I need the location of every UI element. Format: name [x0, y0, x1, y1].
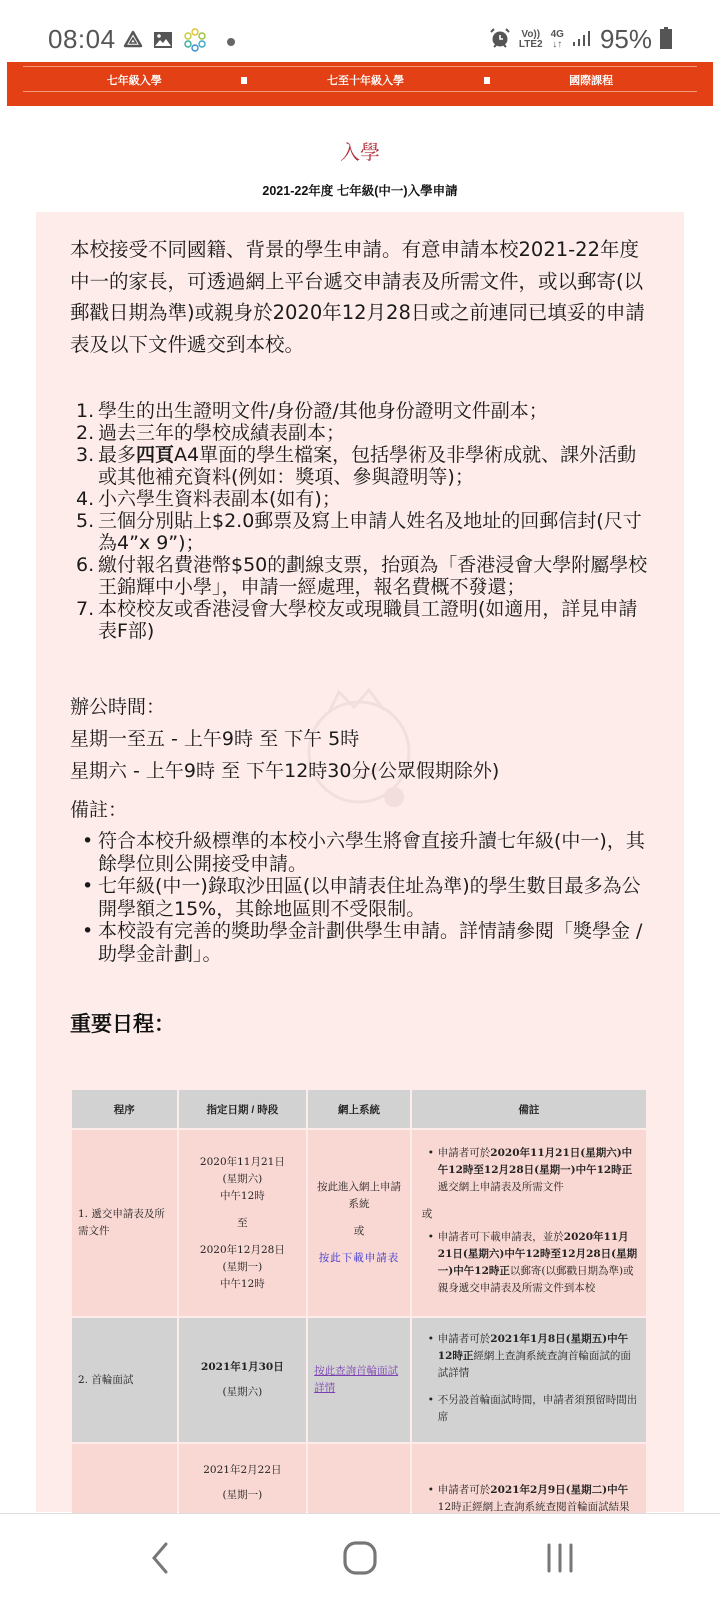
drive-icon	[123, 30, 143, 54]
status-time: 08:04	[48, 24, 116, 55]
alarm-icon	[489, 27, 511, 53]
table-header-row: 程序 指定日期 / 時段 網上系統 備註	[72, 1090, 646, 1128]
office-hours-label: 辦公時間：	[70, 692, 165, 719]
status-bar: 08:04 Vo))	[0, 0, 720, 62]
document-item: 2.過去三年的學校成績表副本；	[76, 422, 651, 444]
status-right-icons: Vo)) LTE2 4G ↓↑ 95%	[489, 24, 672, 55]
note-item: 申請者可於2020年11月21日(星期六)中午12時至12月28日(星期一)中午…	[428, 1145, 640, 1196]
4g-data-icon: 4G ↓↑	[551, 30, 564, 50]
recents-button[interactable]	[540, 1542, 580, 1574]
nav-item-international[interactable]: 國際課程	[569, 72, 613, 88]
cell-step: 2. 首輪面試	[72, 1318, 177, 1442]
notification-dot-icon	[227, 38, 235, 46]
col-header-date: 指定日期 / 時段	[179, 1090, 307, 1128]
page-title: 入學	[0, 136, 720, 165]
online-application-link[interactable]: 按此進入網上申請系統	[314, 1179, 404, 1213]
battery-percent: 95%	[600, 24, 652, 55]
volte-lte2-icon: Vo)) LTE2	[519, 30, 543, 50]
remark-item: 符合本校升級標準的本校小六學生將會直接升讀七年級(中一)，其餘學位則公開接受申請…	[82, 830, 652, 875]
schedule-table: 程序 指定日期 / 時段 網上系統 備註 1. 遞交申請表及所需文件 2020年…	[70, 1088, 648, 1566]
download-form-link[interactable]: 按此下載申請表	[314, 1250, 404, 1267]
remarks-label: 備註：	[70, 795, 127, 822]
back-button[interactable]	[140, 1542, 180, 1574]
document-item: 7.本校校友或香港浸會大學校友或現職員工證明(如適用，詳見申請表F部)	[76, 598, 651, 642]
battery-icon	[660, 27, 672, 53]
office-hours-saturday: 星期六 - 上午9時 至 下午12時30分(公眾假期除外)	[70, 756, 499, 783]
note-item: 申請者可於2021年2月9日(星期二)中午12時正經網上查詢系統查閱首輪面試結果	[428, 1482, 640, 1516]
table-row: 1. 遞交申請表及所需文件 2020年11月21日 (星期六) 中午12時 至 …	[72, 1130, 646, 1316]
remarks-list: 符合本校升級標準的本校小六學生將會直接升讀七年級(中一)，其餘學位則公開接受申請…	[82, 830, 652, 965]
back-icon	[150, 1542, 170, 1574]
nav-row: 七年級入學 七至十年級入學 國際課程	[7, 72, 713, 88]
note-item: 不另設首輪面試時間，申請者須預留時間出席	[428, 1392, 640, 1426]
cell-date: 2021年1月30日 (星期六)	[179, 1318, 307, 1442]
nav-item-grade7[interactable]: 七年級入學	[107, 72, 162, 88]
document-item: 3.最多四頁A4單面的學生檔案，包括學術及非學術成就、課外活動或其他補充資料(例…	[76, 444, 651, 488]
note-item: 申請者可下載申請表，並於2020年11月21日(星期六)中午12時至12月28日…	[428, 1229, 640, 1297]
first-interview-details-link[interactable]: 按此查詢首輪面試詳情	[314, 1365, 398, 1394]
nav-separator	[241, 77, 247, 84]
col-header-online: 網上系統	[308, 1090, 410, 1128]
home-button[interactable]	[336, 1542, 384, 1574]
schedule-title: 重要日程：	[70, 1008, 175, 1038]
col-header-notes: 備註	[412, 1090, 646, 1128]
nav-separator	[484, 77, 490, 84]
remark-item: 七年級(中一)錄取沙田區(以申請表住址為準)的學生數目最多為公開學額之15%，其…	[82, 875, 652, 920]
nav-divider-top	[23, 66, 697, 67]
system-nav-bar	[0, 1513, 720, 1600]
document-item: 1.學生的出生證明文件/身份證/其他身份證明文件副本；	[76, 400, 651, 422]
cell-online: 按此查詢首輪面試詳情	[308, 1318, 410, 1442]
cell-step: 1. 遞交申請表及所需文件	[72, 1130, 177, 1316]
home-icon	[343, 1541, 377, 1575]
document-item: 4.小六學生資料表副本(如有)；	[76, 488, 651, 510]
document-item: 5.三個分別貼上$2.0郵票及寫上申請人姓名及地址的回郵信封(尺寸為4”x 9”…	[76, 510, 651, 554]
col-header-step: 程序	[72, 1090, 177, 1128]
status-left-icons	[123, 28, 235, 56]
recents-icon	[545, 1542, 575, 1574]
cell-notes: 申請者可於2020年11月21日(星期六)中午12時至12月28日(星期一)中午…	[412, 1130, 646, 1316]
cell-date: 2020年11月21日 (星期六) 中午12時 至 2020年12月28日 (星…	[179, 1130, 307, 1316]
cell-online: 按此進入網上申請系統 或 按此下載申請表	[308, 1130, 410, 1316]
page-subtitle: 2021-22年度 七年級(中一)入學申請	[0, 181, 720, 199]
required-documents-list: 1.學生的出生證明文件/身份證/其他身份證明文件副本； 2.過去三年的學校成績表…	[76, 400, 651, 642]
nav-divider-bottom	[23, 91, 697, 92]
signal-icon	[572, 29, 592, 51]
office-hours-weekday: 星期一至五 - 上午9時 至 下午 5時	[70, 724, 359, 751]
flower-app-icon	[183, 28, 207, 56]
top-nav: 七年級入學 七至十年級入學 國際課程	[7, 62, 713, 106]
remark-item: 本校設有完善的獎助學金計劃供學生申請。詳情請參閱「獎學金 / 助學金計劃」。	[82, 920, 652, 965]
gallery-icon	[153, 30, 173, 54]
document-item: 6.繳付報名費港幣$50的劃線支票，抬頭為「香港浸會大學附屬學校王錦輝中小學」，…	[76, 554, 651, 598]
cell-notes: 申請者可於2021年1月8日(星期五)中午12時正經網上查詢系統查詢首輪面試的面…	[412, 1318, 646, 1442]
content-card: 本校接受不同國籍、背景的學生申請。有意申請本校2021-22年度中一的家長，可透…	[36, 212, 684, 1512]
table-row: 2. 首輪面試 2021年1月30日 (星期六) 按此查詢首輪面試詳情 申請者可…	[72, 1318, 646, 1442]
nav-item-grade7-10[interactable]: 七至十年級入學	[327, 72, 404, 88]
intro-paragraph: 本校接受不同國籍、背景的學生申請。有意申請本校2021-22年度中一的家長，可透…	[70, 234, 650, 360]
note-item: 申請者可於2021年1月8日(星期五)中午12時正經網上查詢系統查詢首輪面試的面…	[428, 1331, 640, 1382]
